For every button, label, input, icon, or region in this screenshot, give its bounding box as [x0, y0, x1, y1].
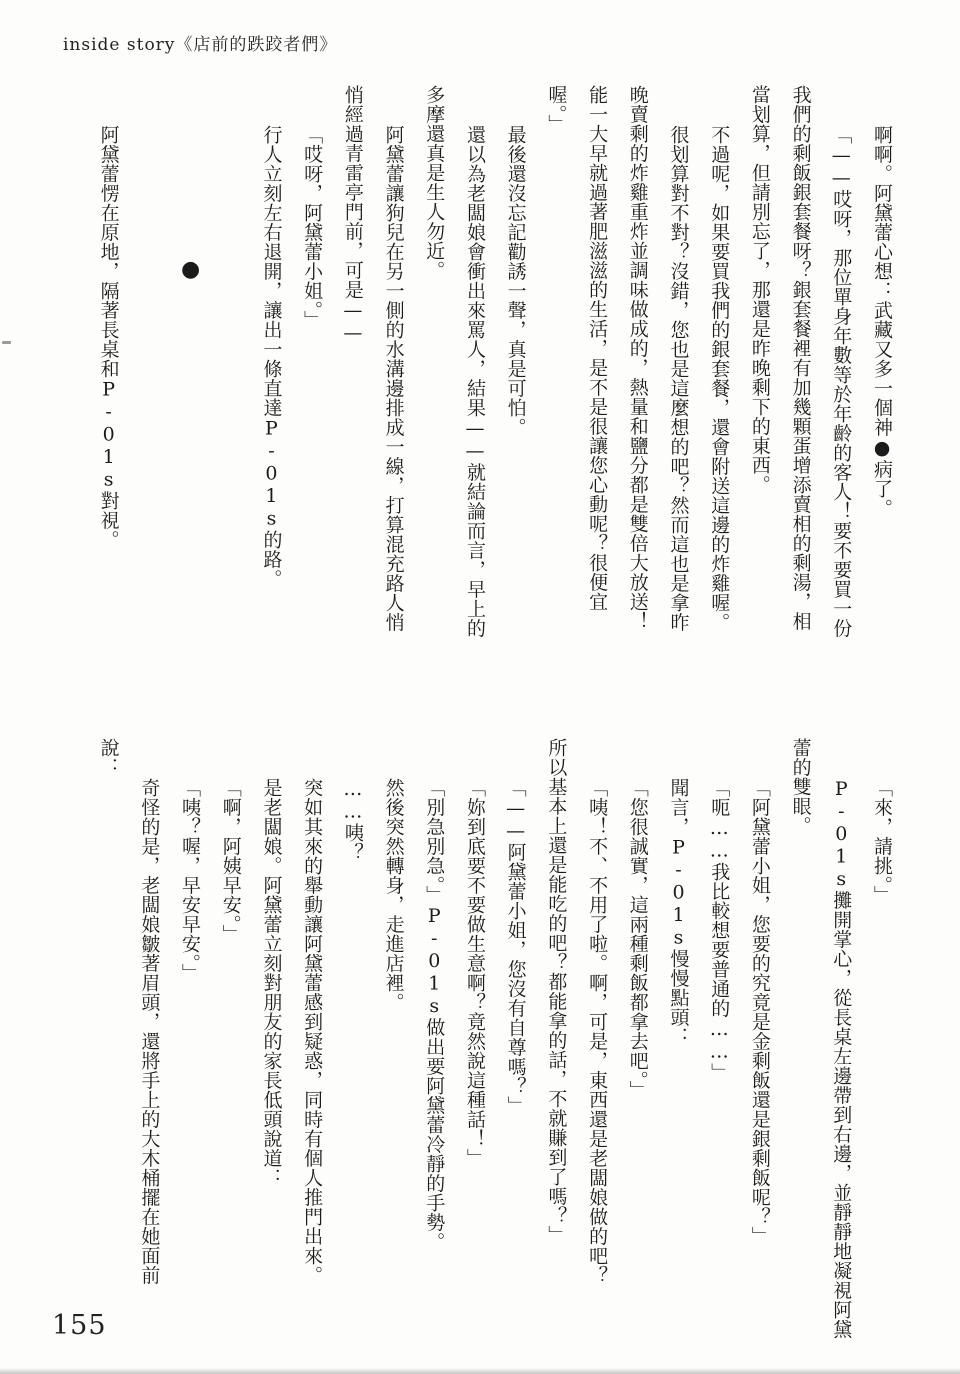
blank-column	[210, 85, 251, 645]
text-column: 阿黛蕾愣在原地，隔著長桌和P-01s對視。	[88, 85, 129, 645]
text-column: 「哎呀，阿黛蕾小姐。」	[291, 85, 332, 645]
text-column: 喔。」	[536, 85, 577, 645]
text-column: 突如其來的舉動讓阿黛蕾感到疑惑，同時有個人推門出來。	[291, 738, 332, 1298]
text-column: 說：	[88, 738, 129, 1298]
text-column: 還以為老闆娘會衝出來罵人，結果——就結論而言，早上的	[454, 85, 495, 645]
text-column: 「——阿黛蕾小姐，您沒有自尊嗎？」	[495, 738, 536, 1298]
novel-page-scan: inside story《店前的跌跤者們》 啊啊。阿黛蕾心想：武藏又多一個神●病…	[0, 0, 960, 1374]
scene-break-bullet: ●	[169, 85, 210, 645]
text-column: 「啊，阿姨早安。」	[210, 738, 251, 1298]
text-column: 能一大早就過著肥滋滋的生活，是不是很讓您心動呢？很便宜	[576, 85, 617, 645]
story-block-bottom: 「來，請挑。」P-01s攤開掌心，從長桌左邊帶到右邊，並靜靜地凝視阿黛蕾的雙眼。…	[88, 738, 902, 1298]
text-column: 「呃……我比較想要普通的……」	[698, 738, 739, 1298]
blank-column	[129, 85, 170, 645]
text-column: ……咦？	[332, 738, 373, 1298]
text-column: 奇怪的是，老闆娘皺著眉頭，還將手上的大木桶擺在她面前	[129, 738, 170, 1298]
text-column: 阿黛蕾讓狗兒在另一側的水溝邊排成一線，打算混充路人悄	[373, 85, 414, 645]
text-column: 我們的剩飯銀套餐呀？銀套餐裡有加幾顆蛋增添賣相的剩湯，相	[780, 85, 821, 645]
text-column: 「阿黛蕾小姐，您要的究竟是金剩飯還是銀剩飯呢？」	[739, 738, 780, 1298]
text-column: 「咦！不、不用了啦。啊，可是，東西還是老闆娘做的吧？	[576, 738, 617, 1298]
text-column: 「來，請挑。」	[861, 738, 902, 1298]
text-column: 然後突然轉身，走進店裡。	[373, 738, 414, 1298]
text-column: 多摩還真是生人勿近。	[414, 85, 455, 645]
text-column: 「妳到底要不要做生意啊？竟然說這種話！」	[454, 738, 495, 1298]
text-column: 行人立刻左右退開，讓出一條直達P-01s的路。	[251, 85, 292, 645]
text-column: 是老闆娘。阿黛蕾立刻對朋友的家長低頭說道：	[251, 738, 292, 1298]
text-column: 「咦？喔，早安早安。」	[169, 738, 210, 1298]
text-column: 所以基本上還是能吃的吧？都能拿的話，不就賺到了嗎？」	[536, 738, 577, 1298]
text-column: 最後還沒忘記勸誘一聲，真是可怕。	[495, 85, 536, 645]
text-column: 蕾的雙眼。	[780, 738, 821, 1298]
text-column: 晚賣剩的炸雞重炸並調味做成的，熱量和鹽分都是雙倍大放送！	[617, 85, 658, 645]
scan-edge-artifact	[2, 341, 11, 344]
text-column: P-01s攤開掌心，從長桌左邊帶到右邊，並靜靜地凝視阿黛	[821, 738, 862, 1298]
text-column: 聞言，P-01s慢慢點頭：	[658, 738, 699, 1298]
page-header-title: inside story《店前的跌跤者們》	[63, 30, 337, 55]
text-column: 很划算對不對？沒錯，您也是這麼想的吧？然而這也是拿昨	[658, 85, 699, 645]
scan-bottom-shadow	[0, 1368, 960, 1374]
text-column: 不過呢，如果要買我們的銀套餐，還會附送這邊的炸雞喔。	[698, 85, 739, 645]
text-column: 「您很誠實，這兩種剩飯都拿去吧。」	[617, 738, 658, 1298]
text-column: 悄經過青雷亭門前，可是——	[332, 85, 373, 645]
text-column: 當划算，但請別忘了，那還是昨晚剩下的東西。	[739, 85, 780, 645]
story-block-top: 啊啊。阿黛蕾心想：武藏又多一個神●病了。「——哎呀，那位單身年數等於年齡的客人！…	[88, 85, 902, 645]
text-column: 「——哎呀，那位單身年數等於年齡的客人！要不要買一份	[821, 85, 862, 645]
text-column: 「別急別急。」P-01s做出要阿黛蕾冷靜的手勢。	[414, 738, 455, 1298]
text-column: 啊啊。阿黛蕾心想：武藏又多一個神●病了。	[861, 85, 902, 645]
page-number: 155	[52, 1310, 107, 1341]
